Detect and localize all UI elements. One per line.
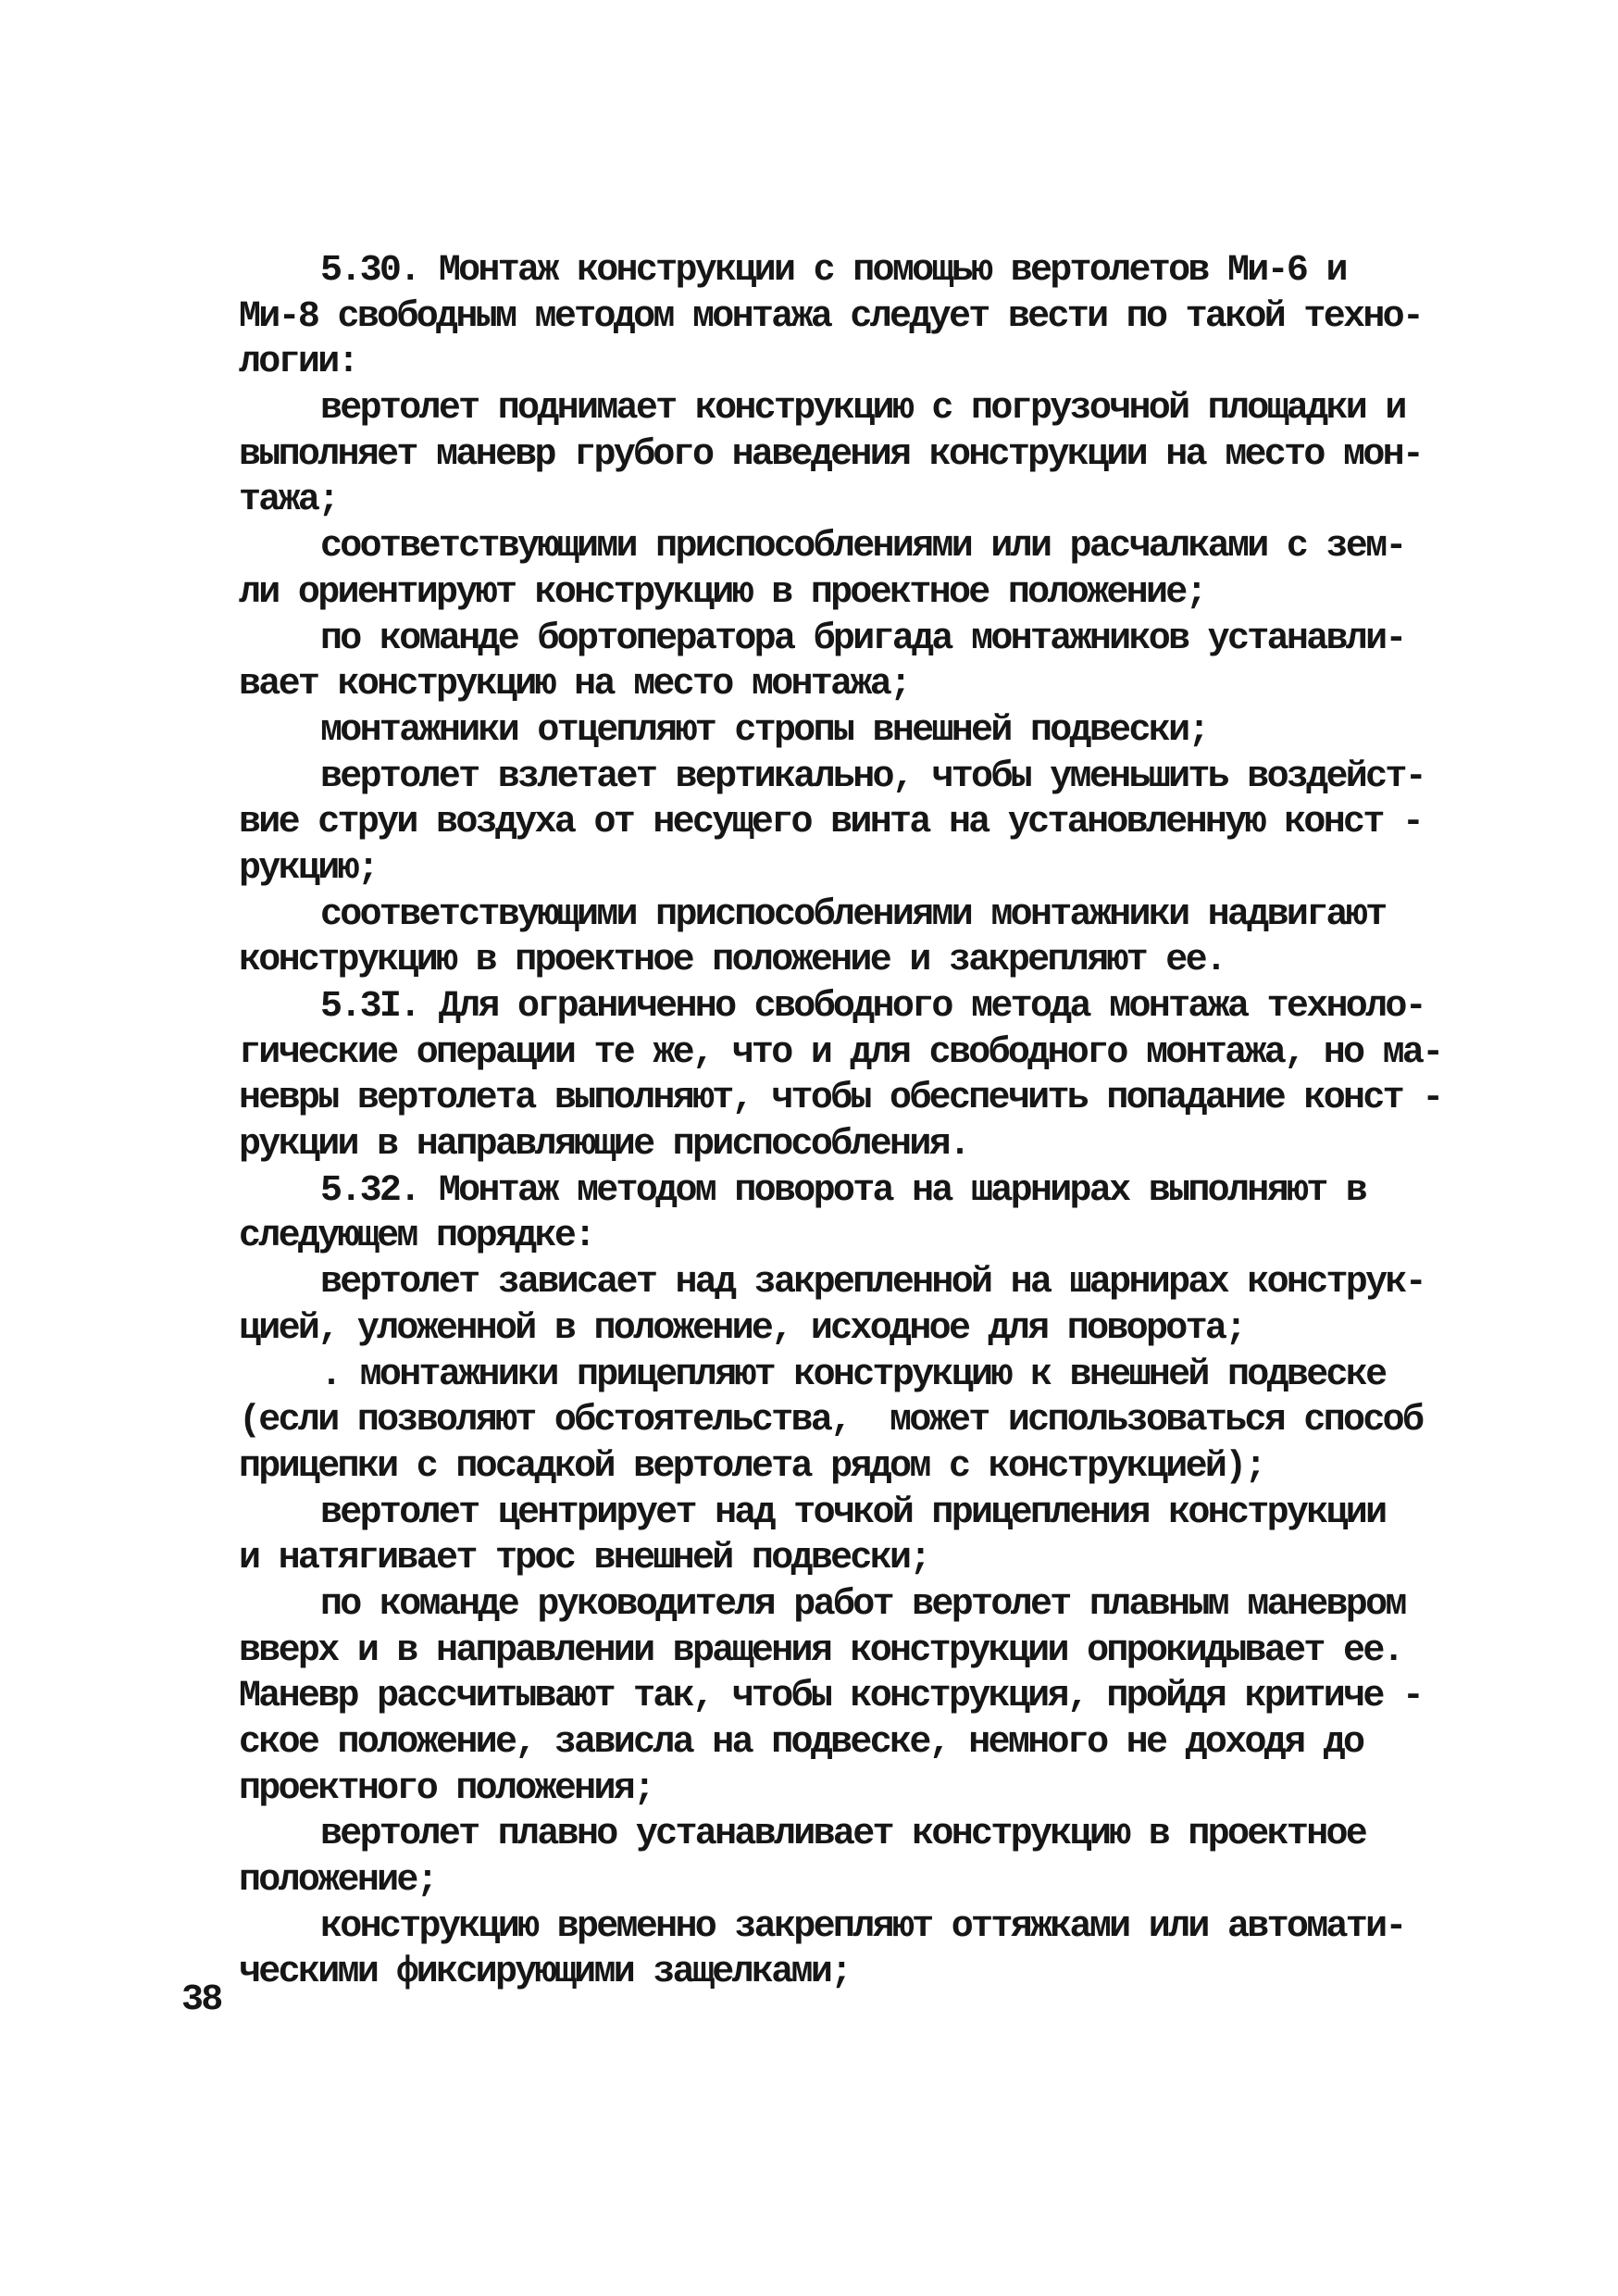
document-page: 5.30. Монтаж конструкции с помощью верто… bbox=[0, 0, 1618, 2296]
text-line: ское положение, зависла на подвеске, нем… bbox=[239, 1720, 1470, 1766]
text-line: вертолет плавно устанавливает конструкци… bbox=[239, 1812, 1470, 1858]
text-line: Ми-8 свободным методом монтажа следует в… bbox=[239, 294, 1470, 341]
text-line: тажа; bbox=[239, 478, 1470, 524]
text-line: вертолет зависает над закрепленной на ша… bbox=[239, 1260, 1470, 1306]
body-text: 5.30. Монтаж конструкции с помощью верто… bbox=[239, 248, 1470, 1996]
text-line: прицепки с посадкой вертолета рядом с ко… bbox=[239, 1444, 1470, 1491]
text-line: логии: bbox=[239, 340, 1470, 386]
text-line: монтажники отцепляют стропы внешней подв… bbox=[239, 708, 1470, 755]
text-line: Маневр рассчитывают так, чтобы конструкц… bbox=[239, 1674, 1470, 1720]
text-line: 5.32. Монтаж методом поворота на шарнира… bbox=[239, 1168, 1470, 1215]
text-line: конструкцию временно закрепляют оттяжкам… bbox=[239, 1904, 1470, 1951]
text-line: соответствующими приспособлениями монтаж… bbox=[239, 892, 1470, 939]
text-line: цией, уложенной в положение, исходное дл… bbox=[239, 1306, 1470, 1353]
text-line: следующем порядке: bbox=[239, 1214, 1470, 1260]
text-line: соответствующими приспособлениями или ра… bbox=[239, 524, 1470, 570]
text-line: рукцию; bbox=[239, 846, 1470, 892]
text-line: вертолет центрирует над точкой прицеплен… bbox=[239, 1491, 1470, 1537]
text-line: 5.30. Монтаж конструкции с помощью верто… bbox=[239, 248, 1470, 294]
text-line: положение; bbox=[239, 1858, 1470, 1904]
text-line: и натягивает трос внешней подвески; bbox=[239, 1536, 1470, 1582]
text-line: 5.3I. Для ограниченно свободного метода … bbox=[239, 984, 1470, 1030]
text-line: гические операции те же, что и для свобо… bbox=[239, 1030, 1470, 1077]
text-line: рукции в направляющие приспособления. bbox=[239, 1122, 1470, 1168]
text-line: вертолет взлетает вертикально, чтобы уме… bbox=[239, 755, 1470, 801]
text-line: вает конструкцию на место монтажа; bbox=[239, 662, 1470, 708]
text-line: по команде бортоператора бригада монтажн… bbox=[239, 617, 1470, 663]
text-line: вертолет поднимает конструкцию с погрузо… bbox=[239, 386, 1470, 432]
page-number: 38 bbox=[181, 1978, 221, 2024]
text-line: проектного положения; bbox=[239, 1766, 1470, 1813]
text-line: ли ориентируют конструкцию в проектное п… bbox=[239, 570, 1470, 617]
text-line: вие струи воздуха от несущего винта на у… bbox=[239, 800, 1470, 846]
text-line: ческими фиксирующими защелками; bbox=[239, 1950, 1470, 1996]
text-line: невры вертолета выполняют, чтобы обеспеч… bbox=[239, 1076, 1470, 1122]
text-line: выполняет маневр грубого наведения конст… bbox=[239, 432, 1470, 479]
text-line: по команде руководителя работ вертолет п… bbox=[239, 1582, 1470, 1628]
text-line: . монтажники прицепляют конструкцию к вн… bbox=[239, 1353, 1470, 1399]
text-line: конструкцию в проектное положение и закр… bbox=[239, 938, 1470, 984]
text-line: (если позволяют обстоятельства, может ис… bbox=[239, 1398, 1470, 1444]
text-line: вверх и в направлении вращения конструкц… bbox=[239, 1628, 1470, 1675]
